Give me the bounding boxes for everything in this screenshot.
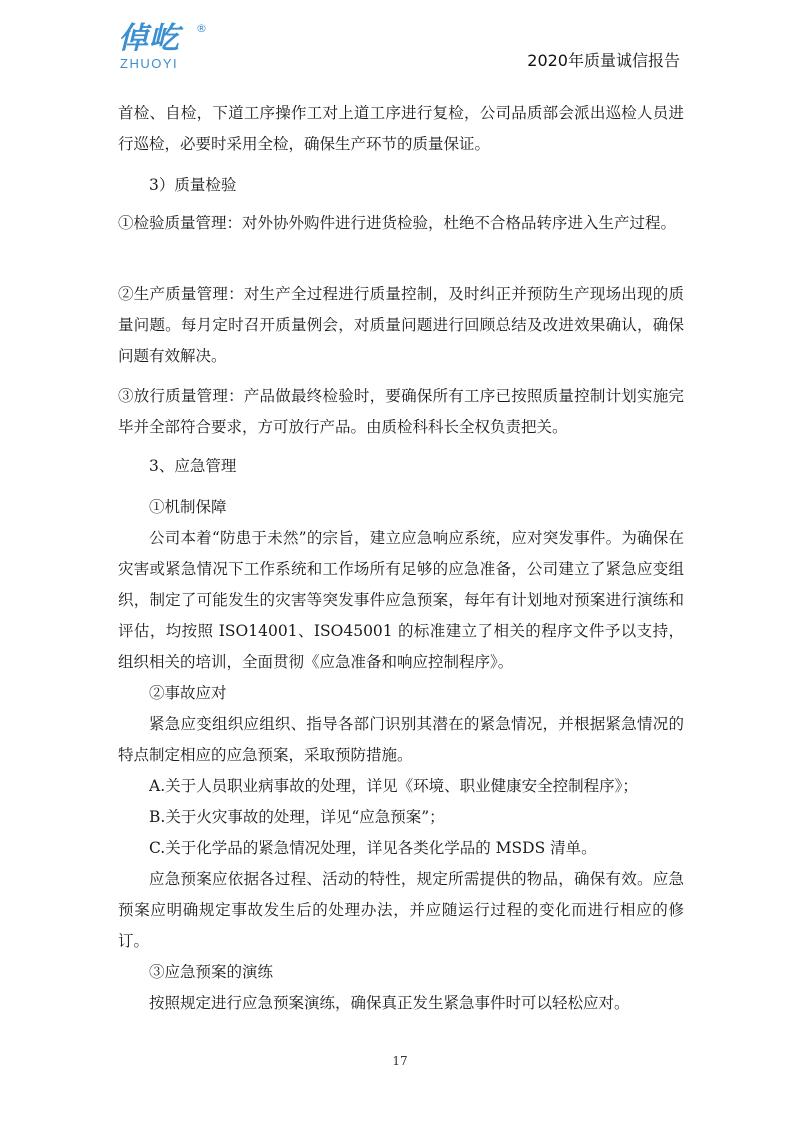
page-number: 17 xyxy=(0,1054,800,1068)
heading-quality-inspection: 3）质量检验 xyxy=(118,170,715,201)
item-incoming-inspection: ①检验质量管理：对外协外购件进行进货检验，杜绝不合格品转序进入生产过程。 xyxy=(118,208,684,239)
paragraph-accident-response: 紧急应变组织应组织、指导各部门识别其潜在的紧急情况，并根据紧急情况的特点制定相应… xyxy=(118,709,684,771)
registered-trademark-icon: ® xyxy=(196,22,207,35)
list-item-b: B.关于火灾事故的处理，详见“应急预案”； xyxy=(118,802,715,833)
subheading-mechanism: ①机制保障 xyxy=(118,492,715,523)
logo-english-text: ZHUOYI xyxy=(120,56,178,71)
paragraph-plan-requirements: 应急预案应依据各过程、活动的特性，规定所需提供的物品，确保有效。应急预案应明确规… xyxy=(118,864,684,957)
item-production-quality: ②生产质量管理：对生产全过程进行质量控制，及时纠正并预防生产现场出现的质量问题。… xyxy=(118,279,684,372)
paragraph-inspection-process: 首检、自检，下道工序操作工对上道工序进行复检，公司品质部会派出巡检人员进行巡检，… xyxy=(118,98,684,160)
report-title: 2020年质量诚信报告 xyxy=(527,48,680,71)
company-logo: 倬屹 ® ZHUOYI xyxy=(118,22,208,72)
paragraph-mechanism: 公司本着“防患于未然”的宗旨，建立应急响应系统，应对突发事件。为确保在灾害或紧急… xyxy=(118,523,684,678)
logo-chinese-text: 倬屹 xyxy=(118,22,180,56)
heading-emergency-management: 3、应急管理 xyxy=(118,451,715,482)
subheading-accident-response: ②事故应对 xyxy=(118,678,715,709)
subheading-drill: ③应急预案的演练 xyxy=(118,957,715,988)
list-item-a: A.关于人员职业病事故的处理，详见《环境、职业健康安全控制程序》； xyxy=(118,771,715,802)
item-release-quality: ③放行质量管理：产品做最终检验时，要确保所有工序已按照质量控制计划实施完毕并全部… xyxy=(118,381,684,443)
paragraph-drill: 按照规定进行应急预案演练，确保真正发生紧急事件时可以轻松应对。 xyxy=(118,988,684,1019)
list-item-c: C.关于化学品的紧急情况处理，详见各类化学品的 MSDS 清单。 xyxy=(118,833,715,864)
